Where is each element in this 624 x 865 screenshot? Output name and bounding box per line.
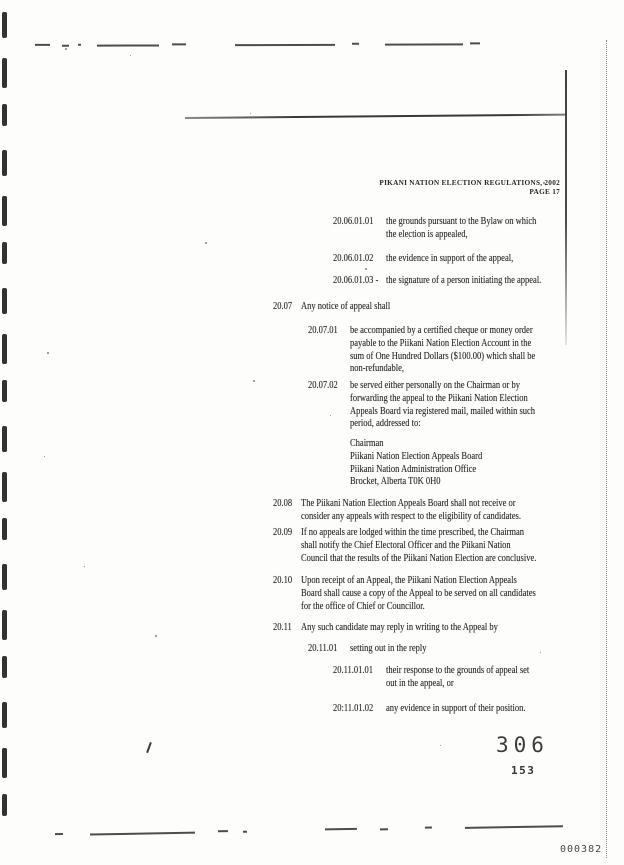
clause-text: Any such candidate may reply in writing …	[301, 622, 582, 635]
scan-artifact-slash-mark	[146, 742, 151, 753]
binder-hole-mark	[2, 426, 7, 452]
clause-number: 20.11	[273, 622, 292, 633]
noise-speck	[408, 238, 409, 239]
clause-20:11.01.02: 20:11.01.02any evidence in support of th…	[333, 703, 598, 716]
noise-speck	[440, 745, 441, 746]
clause-text: Upon receipt of an Appeal, the Piikani N…	[301, 575, 582, 613]
clause-20.07: 20.07Any notice of appeal shall	[273, 301, 624, 314]
clause-text: the evidence in support of the appeal,	[386, 253, 566, 266]
clause-20.11.01: 20.11.01setting out in the reply	[308, 643, 618, 656]
scan-line-segment	[78, 44, 81, 46]
clause-20.11.01.01: 20.11.01.01their response to the grounds…	[333, 665, 598, 691]
clause-20.09: 20.09If no appeals are lodged within the…	[273, 527, 624, 565]
binder-hole-mark	[2, 748, 7, 778]
clause-number: 20.07.01	[308, 325, 338, 336]
scan-artifact-bottom-broken-line	[0, 823, 624, 838]
binder-hole-mark	[2, 334, 7, 364]
binder-hole-mark	[2, 288, 7, 314]
scan-line-segment	[235, 44, 335, 46]
page-header-page-number: PAGE 17	[360, 187, 560, 196]
address-text: Chairman Piikani Nation Election Appeals…	[350, 438, 578, 489]
clause-number: 20.08	[273, 498, 292, 509]
clause-number: 20.06.01.02	[333, 253, 373, 264]
scanned-document-page: PIKANI NATION ELECTION REGULATIONS, 2002…	[0, 0, 624, 865]
clause-20.07.02: 20.07.02be served either personally on t…	[308, 380, 618, 431]
scan-artifact-fold-line	[185, 114, 566, 119]
clause-number: 20:11.01.02	[333, 703, 373, 714]
noise-speck	[540, 652, 541, 653]
noise-speck	[84, 566, 85, 567]
binder-hole-mark	[2, 518, 7, 540]
scan-line-segment	[385, 43, 463, 45]
noise-speck	[365, 268, 367, 270]
clause-text: any evidence in support of their positio…	[386, 703, 566, 716]
binder-hole-mark	[2, 12, 7, 38]
clause-text: If no appeals are lodged within the time…	[301, 527, 582, 565]
clause-text: be accompanied by a certified cheque or …	[350, 325, 578, 376]
noise-speck	[253, 380, 255, 382]
scan-line-segment	[380, 828, 388, 830]
clause-number: 20.11.01	[308, 643, 337, 654]
clause-text: the signature of a person initiating the…	[386, 275, 566, 288]
clause-number: 20.06.01.03 -	[333, 275, 378, 286]
clause-20.08: 20.08The Piikani Nation Election Appeals…	[273, 498, 624, 524]
clause-number: 20.11.01.01	[333, 665, 373, 676]
pencil-page-number: 153	[511, 764, 535, 777]
clause-text: be served either personally on the Chair…	[350, 380, 578, 431]
clause-number: 20.09	[273, 527, 292, 538]
scan-line-segment	[243, 831, 247, 833]
scan-line-segment	[35, 44, 50, 46]
clause-20.06.01.03 -: 20.06.01.03 -the signature of a person i…	[333, 275, 598, 288]
scan-line-segment	[352, 43, 359, 45]
scan-line-segment	[172, 43, 186, 45]
scan-line-segment	[425, 827, 432, 829]
clause-text: their response to the grounds of appeal …	[386, 665, 566, 691]
binder-hole-mark	[2, 702, 7, 728]
binder-hole-mark	[2, 656, 7, 678]
noise-speck	[250, 113, 251, 114]
noise-speck	[370, 592, 371, 593]
scan-line-segment	[218, 830, 228, 832]
noise-speck	[130, 55, 131, 56]
scan-artifact-top-dashed-line	[0, 42, 624, 48]
clause-number: 20.10	[273, 575, 292, 586]
address-block: Chairman Piikani Nation Election Appeals…	[350, 438, 618, 489]
noise-speck	[65, 48, 67, 50]
clause-20.07.01: 20.07.01be accompanied by a certified ch…	[308, 325, 618, 376]
clause-20.06.01.02: 20.06.01.02the evidence in support of th…	[333, 253, 598, 266]
binder-hole-mark	[2, 196, 7, 226]
noise-speck	[155, 635, 157, 637]
binder-hole-mark	[2, 472, 7, 502]
binder-hole-mark	[2, 564, 7, 590]
binder-hole-mark	[2, 610, 7, 640]
scan-line-segment	[470, 42, 480, 44]
stamp-number: 306	[496, 733, 549, 757]
clause-text: the grounds pursuant to the Bylaw on whi…	[386, 216, 566, 242]
binder-hole-mark	[2, 242, 7, 264]
clause-number: 20.07	[273, 301, 292, 312]
clause-20.06.01.01: 20.06.01.01the grounds pursuant to the B…	[333, 216, 598, 242]
scan-line-segment	[97, 44, 159, 46]
clause-number: 20.06.01.01	[333, 216, 373, 227]
clause-20.10: 20.10Upon receipt of an Appeal, the Piik…	[273, 575, 624, 613]
binder-hole-mark	[2, 380, 7, 402]
noise-speck	[44, 456, 45, 457]
noise-speck	[205, 242, 207, 244]
page-header-title: PIKANI NATION ELECTION REGULATIONS, 2002	[360, 178, 560, 187]
binder-hole-mark	[2, 58, 7, 88]
noise-speck	[330, 415, 331, 416]
noise-speck	[47, 352, 49, 354]
clause-text: The Piikani Nation Election Appeals Boar…	[301, 498, 582, 524]
scan-line-segment	[325, 828, 357, 830]
clause-number: 20.07.02	[308, 380, 338, 391]
binder-hole-mark	[2, 104, 7, 126]
binder-hole-mark	[2, 794, 7, 816]
clause-text: setting out in the reply	[350, 643, 578, 656]
clause-20.11: 20.11Any such candidate may reply in wri…	[273, 622, 624, 635]
clause-text: Any notice of appeal shall	[301, 301, 582, 314]
document-control-number: 000382	[560, 844, 602, 855]
scan-line-segment	[90, 832, 195, 835]
binder-hole-mark	[2, 150, 7, 176]
scan-line-segment	[55, 833, 63, 835]
scan-line-segment	[465, 825, 563, 828]
noise-speck	[350, 560, 351, 561]
scan-line-segment	[62, 45, 69, 47]
page-header: PIKANI NATION ELECTION REGULATIONS, 2002…	[360, 178, 560, 196]
noise-speck	[543, 182, 545, 184]
